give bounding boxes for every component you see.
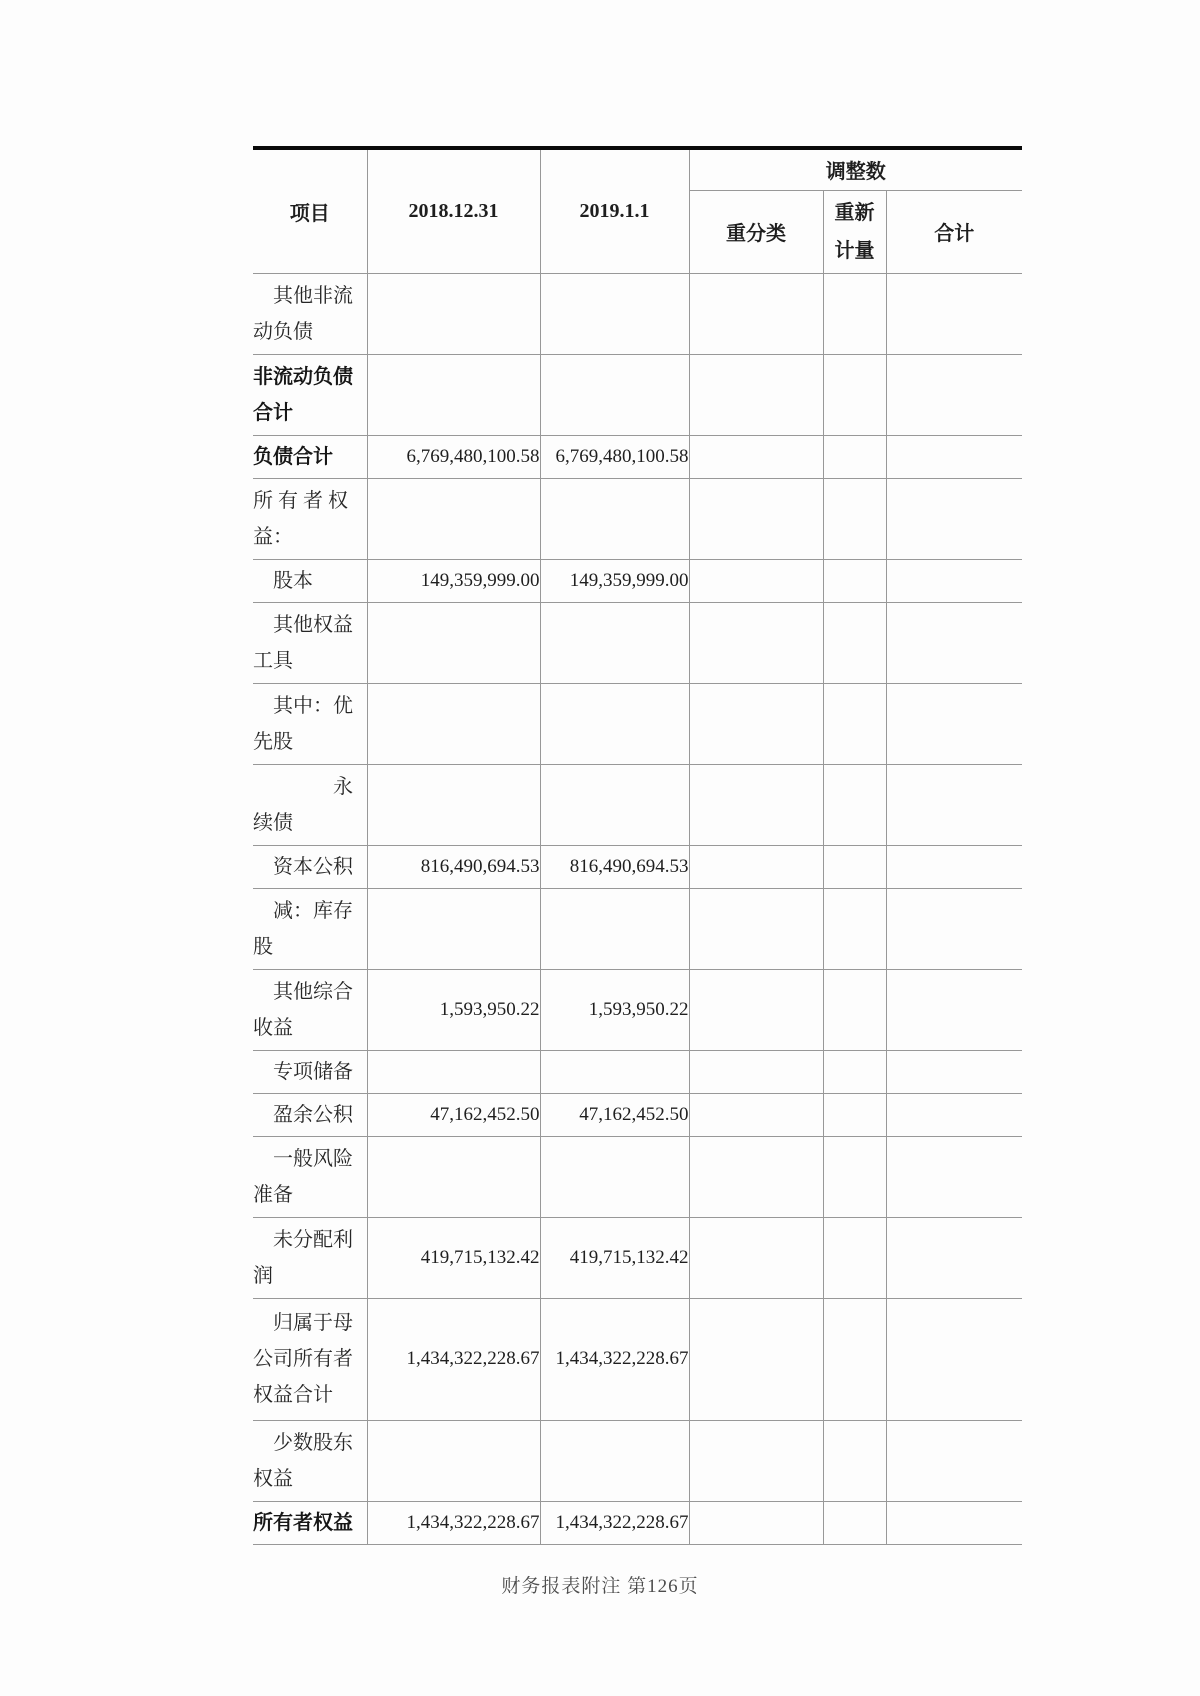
- row-label: 少数股东 权益: [253, 1420, 367, 1501]
- adjustment-total: [886, 764, 1022, 845]
- value-2019-1-1: [540, 1420, 689, 1501]
- adjustment-remeasurement: [823, 764, 886, 845]
- adjustment-remeasurement: [823, 602, 886, 683]
- row-label: 专项储备: [253, 1050, 367, 1093]
- value-2018-12-31: [367, 1136, 540, 1217]
- table-row: 未分配利 润 419,715,132.42 419,715,132.42: [253, 1217, 1022, 1298]
- column-header-item: 项目: [253, 148, 367, 273]
- value-2019-1-1: [540, 1136, 689, 1217]
- adjustment-remeasurement: [823, 1050, 886, 1093]
- table-row: 专项储备: [253, 1050, 1022, 1093]
- row-label: 负债合计: [253, 435, 367, 478]
- value-2018-12-31: [367, 888, 540, 969]
- adjustment-reclassification: [689, 845, 823, 888]
- value-2019-1-1: [540, 1050, 689, 1093]
- row-label: 一般风险 准备: [253, 1136, 367, 1217]
- value-2018-12-31: [367, 1050, 540, 1093]
- adjustment-reclassification: [689, 1420, 823, 1501]
- value-2019-1-1: 6,769,480,100.58: [540, 435, 689, 478]
- table-row: 减：库存 股: [253, 888, 1022, 969]
- adjustment-remeasurement: [823, 273, 886, 354]
- table-row: 归属于母 公司所有者 权益合计 1,434,322,228.67 1,434,3…: [253, 1298, 1022, 1420]
- row-label: 未分配利 润: [253, 1217, 367, 1298]
- adjustment-total: [886, 478, 1022, 559]
- table-row: 非流动负债 合计: [253, 354, 1022, 435]
- adjustment-total: [886, 1298, 1022, 1420]
- table-row: 股本 149,359,999.00 149,359,999.00: [253, 559, 1022, 602]
- value-2019-1-1: 149,359,999.00: [540, 559, 689, 602]
- row-label: 资本公积: [253, 845, 367, 888]
- row-label: 归属于母 公司所有者 权益合计: [253, 1298, 367, 1420]
- value-2019-1-1: [540, 683, 689, 764]
- value-2018-12-31: 1,593,950.22: [367, 969, 540, 1050]
- adjustment-total: [886, 1136, 1022, 1217]
- adjustment-remeasurement: [823, 888, 886, 969]
- row-label: 股本: [253, 559, 367, 602]
- adjustment-remeasurement: [823, 1136, 886, 1217]
- value-2019-1-1: [540, 273, 689, 354]
- table-row: 所有者权益 1,434,322,228.67 1,434,322,228.67: [253, 1501, 1022, 1544]
- adjustment-reclassification: [689, 1093, 823, 1136]
- value-2018-12-31: [367, 478, 540, 559]
- value-2018-12-31: [367, 764, 540, 845]
- value-2018-12-31: 419,715,132.42: [367, 1217, 540, 1298]
- row-label: 其中：优 先股: [253, 683, 367, 764]
- adjustment-reclassification: [689, 1501, 823, 1544]
- adjustment-total: [886, 1420, 1022, 1501]
- adjustment-reclassification: [689, 683, 823, 764]
- adjustment-remeasurement: [823, 969, 886, 1050]
- adjustment-reclassification: [689, 888, 823, 969]
- column-header-total: 合计: [886, 190, 1022, 273]
- table-row: 少数股东 权益: [253, 1420, 1022, 1501]
- row-label: 盈余公积: [253, 1093, 367, 1136]
- adjustment-remeasurement: [823, 1298, 886, 1420]
- column-header-2018-12-31: 2018.12.31: [367, 148, 540, 273]
- table-row: 盈余公积 47,162,452.50 47,162,452.50: [253, 1093, 1022, 1136]
- adjustment-remeasurement: [823, 435, 886, 478]
- adjustment-remeasurement: [823, 559, 886, 602]
- adjustment-reclassification: [689, 1136, 823, 1217]
- value-2019-1-1: [540, 888, 689, 969]
- row-label: 所 有 者 权 益：: [253, 478, 367, 559]
- value-2019-1-1: [540, 354, 689, 435]
- value-2019-1-1: 419,715,132.42: [540, 1217, 689, 1298]
- adjustment-remeasurement: [823, 845, 886, 888]
- adjustment-remeasurement: [823, 1093, 886, 1136]
- value-2018-12-31: 1,434,322,228.67: [367, 1501, 540, 1544]
- value-2018-12-31: 1,434,322,228.67: [367, 1298, 540, 1420]
- row-label: 减：库存 股: [253, 888, 367, 969]
- value-2018-12-31: [367, 273, 540, 354]
- adjustment-reclassification: [689, 764, 823, 845]
- table-header: 项目 2018.12.31 2019.1.1 调整数 重分类 重新 计量 合计: [253, 148, 1022, 273]
- row-label: 其他非流 动负债: [253, 273, 367, 354]
- table-row: 负债合计 6,769,480,100.58 6,769,480,100.58: [253, 435, 1022, 478]
- column-header-2019-1-1: 2019.1.1: [540, 148, 689, 273]
- page-footer: 财务报表附注 第126页: [0, 1571, 1200, 1598]
- value-2019-1-1: [540, 602, 689, 683]
- column-header-remeasurement: 重新 计量: [823, 190, 886, 273]
- table-row: 其他综合 收益 1,593,950.22 1,593,950.22: [253, 969, 1022, 1050]
- value-2018-12-31: [367, 683, 540, 764]
- adjustment-total: [886, 602, 1022, 683]
- column-header-reclassification: 重分类: [689, 190, 823, 273]
- adjustment-remeasurement: [823, 1420, 886, 1501]
- value-2018-12-31: 149,359,999.00: [367, 559, 540, 602]
- value-2018-12-31: 6,769,480,100.58: [367, 435, 540, 478]
- value-2019-1-1: 47,162,452.50: [540, 1093, 689, 1136]
- adjustment-remeasurement: [823, 354, 886, 435]
- value-2018-12-31: [367, 354, 540, 435]
- table-body: 其他非流 动负债 非流动负债 合计 负债合计 6,769,480,100.58 …: [253, 273, 1022, 1544]
- table-row: 一般风险 准备: [253, 1136, 1022, 1217]
- adjustment-reclassification: [689, 1217, 823, 1298]
- value-2019-1-1: 1,434,322,228.67: [540, 1298, 689, 1420]
- adjustment-reclassification: [689, 1298, 823, 1420]
- adjustment-total: [886, 969, 1022, 1050]
- row-label: 非流动负债 合计: [253, 354, 367, 435]
- table-row: 其他权益 工具: [253, 602, 1022, 683]
- value-2018-12-31: [367, 1420, 540, 1501]
- adjustment-reclassification: [689, 559, 823, 602]
- adjustment-reclassification: [689, 273, 823, 354]
- document-page: 项目 2018.12.31 2019.1.1 调整数 重分类 重新 计量 合计 …: [0, 0, 1200, 1696]
- adjustment-reclassification: [689, 602, 823, 683]
- value-2019-1-1: 1,593,950.22: [540, 969, 689, 1050]
- value-2019-1-1: 816,490,694.53: [540, 845, 689, 888]
- adjustment-total: [886, 559, 1022, 602]
- adjustment-reclassification: [689, 478, 823, 559]
- row-label: 其他综合 收益: [253, 969, 367, 1050]
- adjustment-total: [886, 1501, 1022, 1544]
- table-row: 永 续债: [253, 764, 1022, 845]
- table-row: 其中：优 先股: [253, 683, 1022, 764]
- value-2019-1-1: 1,434,322,228.67: [540, 1501, 689, 1544]
- adjustment-total: [886, 273, 1022, 354]
- adjustment-total: [886, 683, 1022, 764]
- table-row: 资本公积 816,490,694.53 816,490,694.53: [253, 845, 1022, 888]
- adjustment-total: [886, 354, 1022, 435]
- adjustment-total: [886, 845, 1022, 888]
- adjustment-total: [886, 888, 1022, 969]
- table-row: 其他非流 动负债: [253, 273, 1022, 354]
- table-row: 所 有 者 权 益：: [253, 478, 1022, 559]
- adjustment-remeasurement: [823, 683, 886, 764]
- adjustment-total: [886, 1093, 1022, 1136]
- value-2019-1-1: [540, 764, 689, 845]
- column-header-adjustments: 调整数: [689, 148, 1022, 190]
- adjustment-reclassification: [689, 1050, 823, 1093]
- adjustment-remeasurement: [823, 1217, 886, 1298]
- adjustment-total: [886, 435, 1022, 478]
- value-2018-12-31: 816,490,694.53: [367, 845, 540, 888]
- financial-statement-table: 项目 2018.12.31 2019.1.1 调整数 重分类 重新 计量 合计 …: [253, 146, 1022, 1545]
- row-label: 所有者权益: [253, 1501, 367, 1544]
- value-2019-1-1: [540, 478, 689, 559]
- adjustment-total: [886, 1217, 1022, 1298]
- adjustment-reclassification: [689, 435, 823, 478]
- value-2018-12-31: [367, 602, 540, 683]
- adjustment-reclassification: [689, 354, 823, 435]
- row-label: 其他权益 工具: [253, 602, 367, 683]
- adjustment-remeasurement: [823, 1501, 886, 1544]
- adjustment-remeasurement: [823, 478, 886, 559]
- adjustment-total: [886, 1050, 1022, 1093]
- adjustment-reclassification: [689, 969, 823, 1050]
- row-label: 永 续债: [253, 764, 367, 845]
- value-2018-12-31: 47,162,452.50: [367, 1093, 540, 1136]
